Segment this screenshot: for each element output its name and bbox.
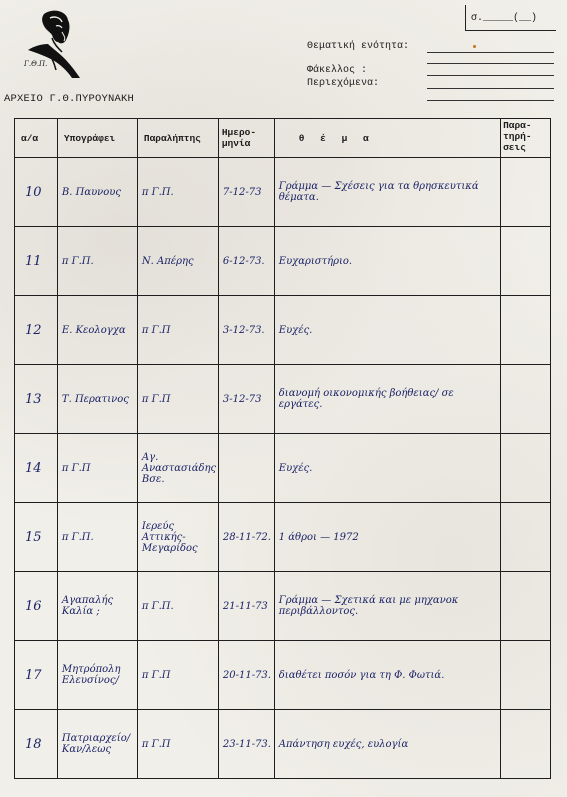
cell-notes [501, 710, 551, 779]
cell-subject: 1 άθροι — 1972 [274, 503, 500, 572]
cell-recipient: Ν. Απέρης [137, 227, 218, 296]
table-row: 13Τ. Περατινοςπ Γ.Π3-12-73διανομή οικονο… [15, 365, 551, 434]
table-row: 11π Γ.Π.Ν. Απέρης6-12-73.Ευχαριστήριο. [15, 227, 551, 296]
cell-recipient: Ιερεύς Αττικής- Μεγαρίδος [137, 503, 218, 572]
table-row: 14π Γ.ΠΑγ. Αναστασιάδης Βσε.Ευχές. [15, 434, 551, 503]
archive-title: ΑΡΧΕΙΟ Γ.Θ.ΠΥΡΟΥΝΑΚΗ [4, 93, 134, 105]
cell-sender: Αγαπαλής Καλία ; [57, 572, 137, 641]
col-header-notes: Παρα-τηρή-σεις [501, 119, 551, 158]
cell-date: 21-11-73 [218, 572, 274, 641]
cell-recipient: π Γ.Π [137, 641, 218, 710]
cell-sender: Πατριαρχείο/ Καν/λεως [57, 710, 137, 779]
col-header-subject: θ έ μ α [274, 119, 500, 158]
cell-aa: 18 [15, 710, 58, 779]
cell-subject: Ευχαριστήριο. [274, 227, 500, 296]
cell-recipient: π Γ.Π [137, 710, 218, 779]
cell-subject: διανομή οικονομικής βοήθειας/ σε εργάτες… [274, 365, 500, 434]
cell-notes [501, 434, 551, 503]
table-row: 15π Γ.Π.Ιερεύς Αττικής- Μεγαρίδος28-11-7… [15, 503, 551, 572]
portrait-sketch-icon [22, 8, 86, 80]
table-row: 10Β. Παυνουςπ Γ.Π.7-12-73Γράμμα — Σχέσει… [15, 158, 551, 227]
portrait-signature: Γ.Θ.Π. [24, 60, 47, 68]
cell-sender: Μητρόπολη Ελευσίνος/ [57, 641, 137, 710]
col-header-date: Ημερο-μηνία [218, 119, 274, 158]
table-row: 18Πατριαρχείο/ Καν/λεωςπ Γ.Π23-11-73.Απά… [15, 710, 551, 779]
contents-line-2 [427, 100, 554, 101]
sheet-number-label: σ._____(__) [471, 13, 537, 24]
cell-sender: Ε. Κεολογχα [57, 296, 137, 365]
cell-notes [501, 641, 551, 710]
cell-date: 28-11-72. [218, 503, 274, 572]
stain-dot [473, 45, 476, 48]
portrait-logo: Γ.Θ.Π. [22, 8, 86, 80]
cell-recipient: π Γ.Π. [137, 572, 218, 641]
col-header-sender: Υπογράφει [57, 119, 137, 158]
cell-recipient: π Γ.Π [137, 365, 218, 434]
cell-aa: 10 [15, 158, 58, 227]
cell-notes [501, 296, 551, 365]
thematic-unit-line [427, 52, 554, 53]
col-header-aa: α/α [15, 119, 58, 158]
cell-sender: π Γ.Π. [57, 227, 137, 296]
cell-date: 7-12-73 [218, 158, 274, 227]
cell-notes [501, 365, 551, 434]
cell-subject: Απάντηση ευχές, ευλογία [274, 710, 500, 779]
cell-notes [501, 572, 551, 641]
cell-sender: π Γ.Π [57, 434, 137, 503]
correspondence-register-table: α/α Υπογράφει Παραλήπτης Ημερο-μηνία θ έ… [14, 118, 551, 779]
col-header-recipient: Παραλήπτης [137, 119, 218, 158]
cell-recipient: π Γ.Π [137, 296, 218, 365]
table-row: 12Ε. Κεολογχαπ Γ.Π3-12-73.Ευχές. [15, 296, 551, 365]
cell-date [218, 434, 274, 503]
cell-subject: Γράμμα — Σχέσεις για τα θρησκευτικά θέμα… [274, 158, 500, 227]
cell-aa: 12 [15, 296, 58, 365]
cell-aa: 11 [15, 227, 58, 296]
cell-date: 23-11-73. [218, 710, 274, 779]
cell-notes [501, 503, 551, 572]
table-row: 17Μητρόπολη Ελευσίνος/π Γ.Π20-11-73.διαθ… [15, 641, 551, 710]
cell-sender: Β. Παυνους [57, 158, 137, 227]
cell-notes [501, 227, 551, 296]
table-row: 16Αγαπαλής Καλία ;π Γ.Π.21-11-73Γράμμα —… [15, 572, 551, 641]
cell-date: 3-12-73 [218, 365, 274, 434]
cell-recipient: π Γ.Π. [137, 158, 218, 227]
thematic-unit-line-2 [427, 63, 554, 64]
cell-subject: Ευχές. [274, 434, 500, 503]
cell-aa: 16 [15, 572, 58, 641]
folder-line [427, 75, 554, 76]
cell-date: 6-12-73. [218, 227, 274, 296]
cell-sender: π Γ.Π. [57, 503, 137, 572]
cell-sender: Τ. Περατινος [57, 365, 137, 434]
cell-aa: 13 [15, 365, 58, 434]
cell-aa: 14 [15, 434, 58, 503]
cell-aa: 15 [15, 503, 58, 572]
table-header-row: α/α Υπογράφει Παραλήπτης Ημερο-μηνία θ έ… [15, 119, 551, 158]
thematic-unit-label: Θεματική ενότητα: [307, 41, 409, 52]
cell-aa: 17 [15, 641, 58, 710]
folder-label: Φάκελλος : [307, 65, 367, 76]
cell-date: 20-11-73. [218, 641, 274, 710]
sheet-number-box: σ._____(__) [465, 5, 556, 31]
cell-notes [501, 158, 551, 227]
cell-recipient: Αγ. Αναστασιάδης Βσε. [137, 434, 218, 503]
contents-line [427, 88, 554, 89]
cell-date: 3-12-73. [218, 296, 274, 365]
cell-subject: Γράμμα — Σχετικά και με μηχανοκ περιβάλλ… [274, 572, 500, 641]
contents-label: Περιεχόμενα: [307, 78, 379, 89]
cell-subject: Ευχές. [274, 296, 500, 365]
cell-subject: διαθέτει ποσόν για τη Φ. Φωτιά. [274, 641, 500, 710]
